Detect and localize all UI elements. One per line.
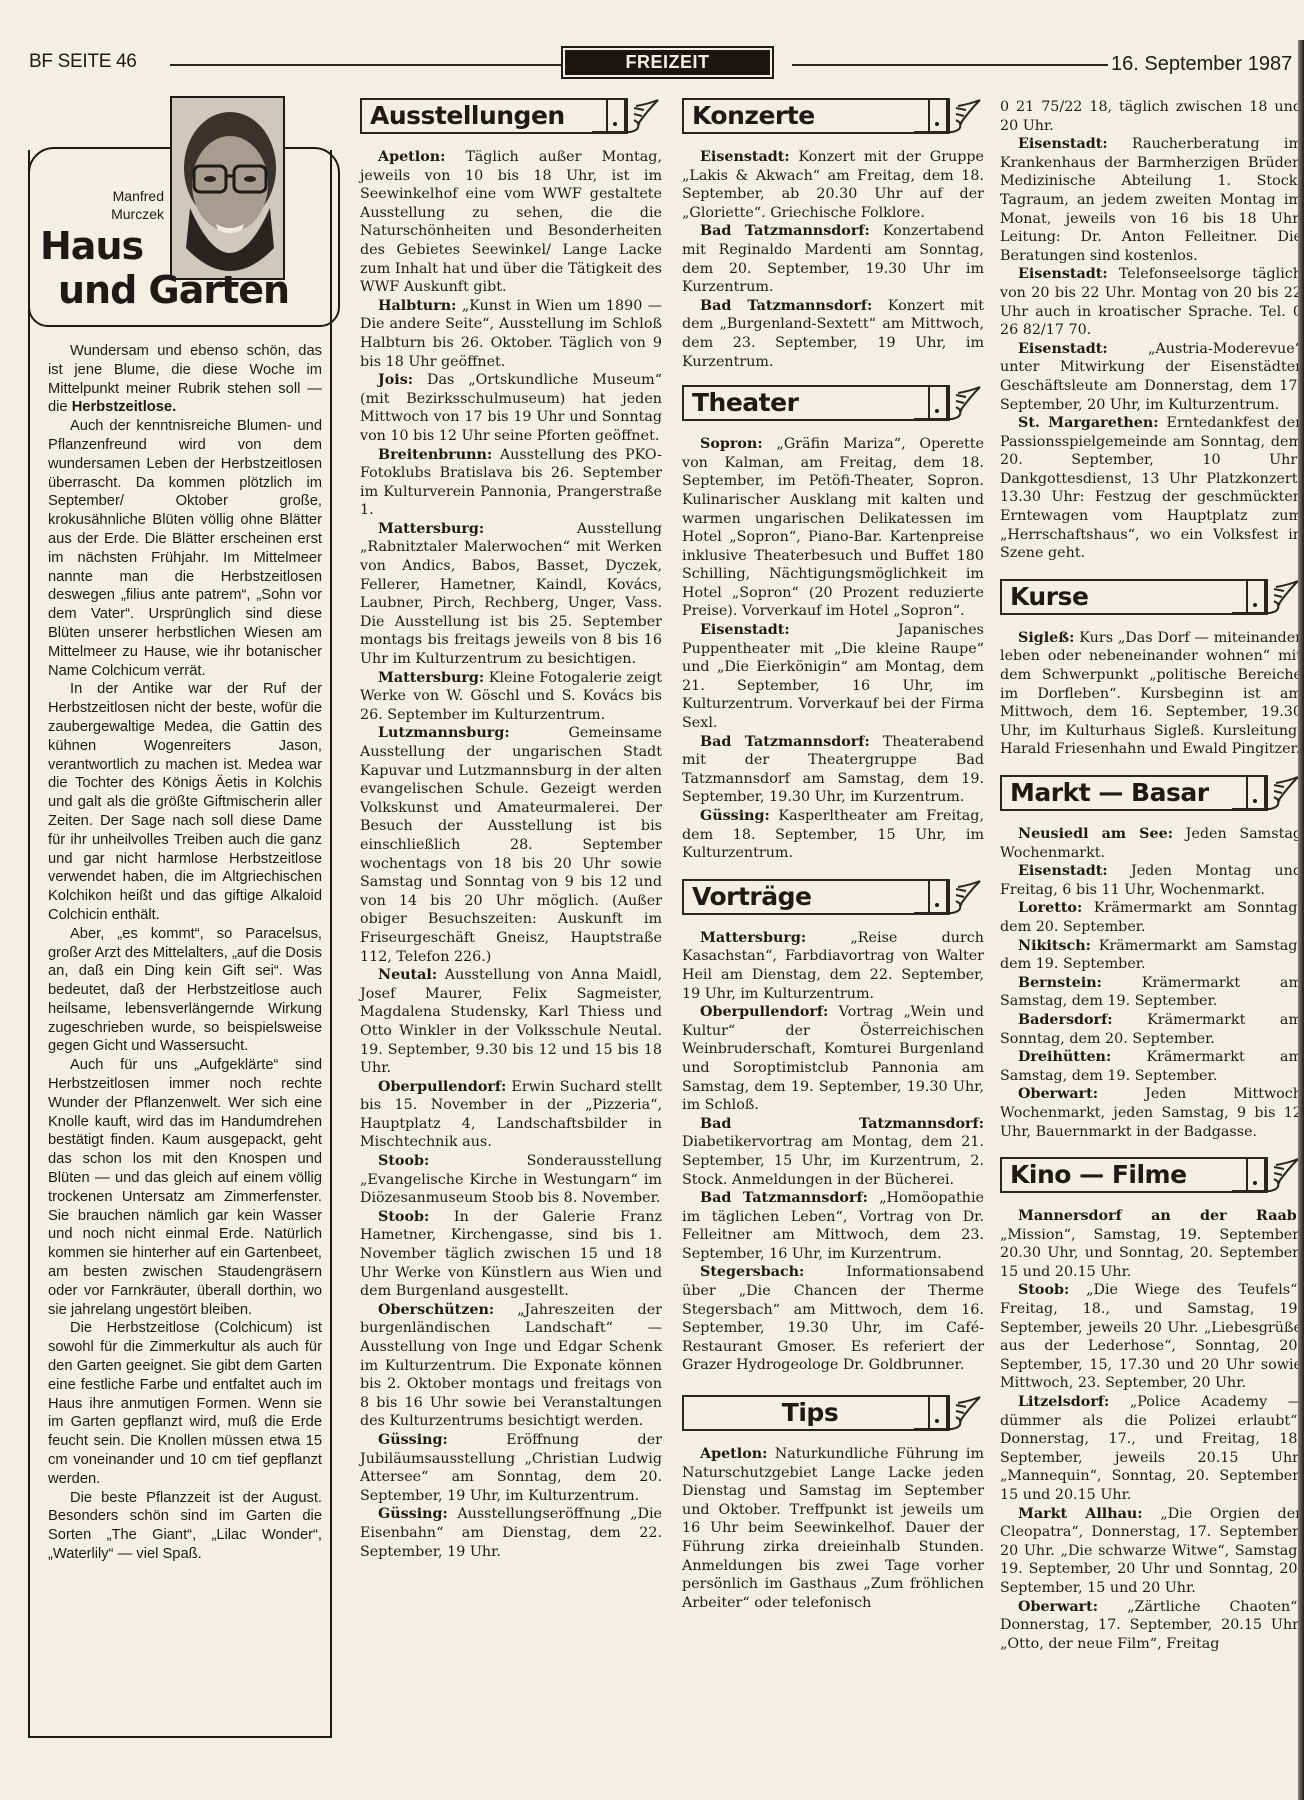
pointing-hand-icon (1230, 1155, 1300, 1197)
event-entry: Badersdorf: Krämermarkt am Sonntag, dem … (1000, 1011, 1302, 1048)
event-description: Raucherberatung im Krankenhaus der Barmh… (1000, 136, 1302, 264)
event-description: Gemeinsame Ausstellung der ungarischen S… (360, 725, 662, 964)
event-location: Bad Tatzmannsdorf: (700, 734, 870, 750)
event-location: Jois: (378, 372, 413, 388)
event-location: Oberschützen: (378, 1302, 494, 1318)
author-photo (170, 96, 285, 280)
event-entry: Eisenstadt: Telefonseelsorge täglich von… (1000, 265, 1302, 339)
event-location: Stoob: (378, 1153, 429, 1169)
column-events: Konzerte Eisenstadt: Konzert mit der Gru… (682, 98, 984, 1612)
pointing-hand-icon (1230, 577, 1300, 619)
event-location: Eisenstadt: (1018, 136, 1108, 152)
event-location: Markt Allhau: (1018, 1506, 1143, 1522)
column-ausstellungen: Ausstellungen Apetlon: Täglich außer Mon… (360, 98, 662, 1561)
feature-title-line2: und Garten (58, 271, 289, 309)
pointing-hand-icon (912, 383, 982, 425)
event-location: Eisenstadt: (700, 149, 790, 165)
event-entry: Oberschützen: „Jahreszeiten der burgenlä… (360, 1301, 662, 1431)
event-entry: Oberpullendorf: Vortrag „Wein und Kultur… (682, 1003, 984, 1115)
event-location: Sigleß: (1018, 630, 1074, 646)
event-location: Oberpullendorf: (378, 1079, 506, 1095)
pointing-hand-icon (912, 96, 982, 138)
event-location: Bernstein: (1018, 975, 1102, 991)
page-label: BF SEITE 46 (29, 51, 137, 73)
event-entry: Bad Tatzmannsdorf: Konzert mit dem „Burg… (682, 297, 984, 371)
event-entry: Güssing: Kasperltheater am Freitag, dem … (682, 807, 984, 863)
event-entry: Eisenstadt: Japanisches Puppentheater mi… (682, 621, 984, 733)
event-description: 0 21 75/22 18, täglich zwischen 18 und 2… (1000, 99, 1302, 134)
event-entry: Mannersdorf an der Raab: „Mission“, Sams… (1000, 1207, 1302, 1281)
event-location: Güssing: (700, 808, 770, 824)
event-description: Täglich außer Montag, jeweils von 10 bis… (360, 149, 662, 295)
event-location: Neusiedl am See: (1018, 826, 1173, 842)
feature-paragraph: Auch für uns „Aufgeklärte“ sind Herbstze… (48, 1056, 322, 1319)
event-location: Dreihütten: (1018, 1049, 1111, 1065)
feature-paragraph: Auch der kenntnisreiche Blumen- und Pfla… (48, 417, 322, 680)
entry-list: Mannersdorf an der Raab: „Mission“, Sams… (1000, 1207, 1302, 1653)
event-entry: Loretto: Krämermarkt am Sonntag, dem 20.… (1000, 899, 1302, 936)
event-entry: Sopron: „Gräfin Mariza“, Operette von Ka… (682, 435, 984, 621)
event-entry: Bad Tatzmannsdorf: Konzertabend mit Regi… (682, 222, 984, 296)
pointing-hand-icon (590, 96, 660, 138)
event-entry: Apetlon: Naturkundliche Führung im Natur… (682, 1445, 984, 1612)
event-entry: Neusiedl am See: Jeden Samstag Wochenmar… (1000, 825, 1302, 862)
event-entry: Jois: Das „Ortskundliche Museum“ (mit Be… (360, 371, 662, 445)
page-header: BF SEITE 46 FREIZEIT 16. September 1987 (0, 0, 1304, 80)
rubric-title: Ausstellungen (362, 100, 606, 132)
event-description: Ausstellung „Rabnitztaler Malerwochen“ m… (360, 521, 662, 667)
rubric-title: Vorträge (684, 881, 928, 913)
feature-title-line1: Haus (40, 227, 143, 265)
rubric-kino-filme: Kino — Filme (1000, 1157, 1302, 1197)
event-entry: Eisenstadt: Raucherberatung im Krankenha… (1000, 135, 1302, 265)
entry-list: Mattersburg: „Reise durch Kasachstan“, F… (682, 929, 984, 1375)
rubric-vortraege: Vorträge (682, 879, 984, 919)
event-location: Badersdorf: (1018, 1012, 1113, 1028)
feature-paragraph: In der Antike war der Ruf der Herbstzeit… (48, 680, 322, 924)
rubric-title: Theater (684, 387, 928, 419)
event-entry: Stoob: In der Galerie Franz Hametner, Ki… (360, 1208, 662, 1301)
event-entry: Oberwart: „Zärtliche Chaoten“, Donnersta… (1000, 1598, 1302, 1654)
event-description: „Police Academy — dümmer als die Polizei… (1000, 1394, 1302, 1503)
event-entry: Neutal: Ausstellung von Anna Maidl, Jose… (360, 966, 662, 1078)
event-location: Stoob: (378, 1209, 429, 1225)
event-entry: Breitenbrunn: Ausstellung des PKO-Fotokl… (360, 446, 662, 520)
event-entry: Mattersburg: Kleine Fotogalerie zeigt We… (360, 669, 662, 725)
rubric-kurse: Kurse (1000, 579, 1302, 619)
event-location: Eisenstadt: (1018, 266, 1108, 282)
event-location: Eisenstadt: (700, 622, 790, 638)
rubric-markt-basar: Markt — Basar (1000, 775, 1302, 815)
pointing-hand-icon (912, 1393, 982, 1435)
event-description: Japanisches Puppentheater mit „Die klein… (682, 622, 984, 731)
event-description: „Mission“, Samstag, 19. September, 20.30… (1000, 1227, 1302, 1280)
event-description: Erntedankfest der Passionsspielgemeinde … (1000, 415, 1302, 561)
event-location: Apetlon: (700, 1446, 767, 1462)
event-location: Litzelsdorf: (1018, 1394, 1109, 1410)
author-name: Manfred Murczek (60, 187, 164, 223)
event-entry: Nikitsch: Krämermarkt am Samstag, dem 19… (1000, 937, 1302, 974)
event-description: Ausstellung von Anna Maidl, Josef Maurer… (360, 967, 662, 1076)
entry-list: Sigleß: Kurs „Das Dorf — miteinander leb… (1000, 629, 1302, 759)
event-location: Halbturn: (378, 298, 456, 314)
feature-article-body: Wundersam und ebenso schön, das ist jene… (48, 342, 322, 1564)
rubric-title: Kurse (1002, 581, 1246, 613)
event-location: Oberpullendorf: (700, 1004, 828, 1020)
event-location: Güssing: (378, 1506, 448, 1522)
entry-list: Apetlon: Täglich außer Montag, jeweils v… (360, 148, 662, 1561)
event-location: Mattersburg: (378, 670, 484, 686)
event-entry: Markt Allhau: „Die Orgien der Cleopatra“… (1000, 1505, 1302, 1598)
issue-date: 16. September 1987 (1111, 53, 1292, 76)
event-entry: Stegersbach: Informationsabend über „Die… (682, 1263, 984, 1375)
pointing-hand-icon (912, 877, 982, 919)
event-location: Oberwart: (1018, 1599, 1098, 1615)
event-description: Vortrag „Wein und Kultur“ der Österreich… (682, 1004, 984, 1113)
event-entry: Oberwart: Jeden Mittwoch Wochenmarkt, je… (1000, 1085, 1302, 1141)
event-entry: Güssing: Eröffnung der Jubiläumsausstell… (360, 1431, 662, 1505)
event-entry: Eisenstadt: Konzert mit der Gruppe „Laki… (682, 148, 984, 222)
event-entry: Sigleß: Kurs „Das Dorf — miteinander leb… (1000, 629, 1302, 759)
event-location: Eisenstadt: (1018, 341, 1108, 357)
feature-paragraph: Die beste Pflanzzeit ist der August. Bes… (48, 1489, 322, 1564)
event-entry: Lutzmannsburg: Gemeinsame Ausstellung de… (360, 724, 662, 966)
event-entry: 0 21 75/22 18, täglich zwischen 18 und 2… (1000, 98, 1302, 135)
rubric-title: Kino — Filme (1002, 1159, 1246, 1191)
entry-list: Neusiedl am See: Jeden Samstag Wochenmar… (1000, 825, 1302, 1141)
event-entry: Bad Tatzmannsdorf: Diabetikervortrag am … (682, 1115, 984, 1189)
page-crop-edge (1298, 40, 1304, 1800)
rubric-ausstellungen: Ausstellungen (360, 98, 662, 138)
event-entry: Bad Tatzmannsdorf: Theaterabend mit der … (682, 733, 984, 807)
event-location: Lutzmannsburg: (378, 725, 510, 741)
event-location: Bad Tatzmannsdorf: (700, 223, 870, 239)
entry-list: Eisenstadt: Konzert mit der Gruppe „Laki… (682, 148, 984, 371)
event-description: Informationsabend über „Die Chancen der … (682, 1264, 984, 1373)
section-title: FREIZEIT (565, 50, 770, 75)
feature-paragraph: Aber, „es kommt“, so Paracelsus, großer … (48, 925, 322, 1057)
event-location: Bad Tatzmannsdorf: (700, 1116, 984, 1132)
entry-list: Sopron: „Gräfin Mariza“, Operette von Ka… (682, 435, 984, 863)
author-portrait-icon (172, 98, 285, 280)
event-entry: Mattersburg: „Reise durch Kasachstan“, F… (682, 929, 984, 1003)
event-location: Mattersburg: (378, 521, 484, 537)
event-location: Nikitsch: (1018, 938, 1091, 954)
feature-paragraph: Wundersam und ebenso schön, das ist jene… (48, 342, 322, 417)
event-location: Neutal: (378, 967, 437, 983)
event-description: Naturkundliche Führung im Naturschutzgeb… (682, 1446, 984, 1611)
event-entry: Güssing: Ausstellungseröffnung „Die Eise… (360, 1505, 662, 1561)
event-entry: Stoob: Sonderausstellung „Evangelische K… (360, 1152, 662, 1208)
event-entry: Bad Tatzmannsdorf: „Homöopathie im tägli… (682, 1189, 984, 1263)
rubric-tips: Tips (682, 1395, 984, 1435)
rubric-title: Markt — Basar (1002, 777, 1246, 809)
event-description: Diabetikervortrag am Montag, dem 21. Sep… (682, 1134, 984, 1187)
rubric-title: Tips (684, 1397, 928, 1429)
event-location: Güssing: (378, 1432, 448, 1448)
entry-list: Apetlon: Naturkundliche Führung im Natur… (682, 1445, 984, 1612)
event-entry: Bernstein: Krämermarkt am Samstag, dem 1… (1000, 974, 1302, 1011)
event-location: St. Margarethen: (1018, 415, 1159, 431)
event-description: „Die Wiege des Teufels“, Freitag, 18., u… (1000, 1282, 1302, 1391)
rubric-theater: Theater (682, 385, 984, 425)
column-more-events: 0 21 75/22 18, täglich zwischen 18 und 2… (1000, 98, 1302, 1653)
event-entry: Eisenstadt: Jeden Montag und Freitag, 6 … (1000, 862, 1302, 899)
event-entry: Mattersburg: Ausstellung „Rabnitztaler M… (360, 520, 662, 669)
rubric-konzerte: Konzerte (682, 98, 984, 138)
event-location: Mattersburg: (700, 930, 806, 946)
event-location: Bad Tatzmannsdorf: (700, 298, 872, 314)
pointing-hand-icon (1230, 773, 1300, 815)
event-location: Loretto: (1018, 900, 1082, 916)
rubric-title: Konzerte (684, 100, 928, 132)
event-location: Apetlon: (378, 149, 445, 165)
event-location: Bad Tatzmannsdorf: (700, 1190, 868, 1206)
event-location: Breitenbrunn: (378, 447, 492, 463)
event-description: Kurs „Das Dorf — miteinander leben oder … (1000, 630, 1302, 758)
event-entry: Halbturn: „Kunst in Wien um 1890 — Die a… (360, 297, 662, 371)
event-location: Stoob: (1018, 1282, 1069, 1298)
event-description: „Jahreszeiten der burgenländischen Lands… (360, 1302, 662, 1430)
event-location: Eisenstadt: (1018, 863, 1108, 879)
event-description: „Gräfin Mariza“, Operette von Kalman, am… (682, 436, 984, 619)
feature-paragraph: Die Herbstzeitlose (Colchicum) ist sowoh… (48, 1319, 322, 1488)
event-location: Mannersdorf an der Raab: (1018, 1208, 1302, 1224)
event-entry: Dreihütten: Krämermarkt am Samstag, dem … (1000, 1048, 1302, 1085)
event-entry: Eisenstadt: „Austria-Moderevue“ unter Mi… (1000, 340, 1302, 414)
event-entry: Apetlon: Täglich außer Montag, jeweils v… (360, 148, 662, 297)
header-rule-left (170, 64, 562, 66)
event-entry: Litzelsdorf: „Police Academy — dümmer al… (1000, 1393, 1302, 1505)
entry-list: 0 21 75/22 18, täglich zwischen 18 und 2… (1000, 98, 1302, 563)
section-badge: FREIZEIT (561, 46, 774, 79)
event-location: Stegersbach: (700, 1264, 804, 1280)
event-location: Sopron: (700, 436, 763, 452)
header-rule-right (792, 64, 1108, 66)
event-location: Oberwart: (1018, 1086, 1098, 1102)
event-entry: St. Margarethen: Erntedankfest der Passi… (1000, 414, 1302, 563)
event-entry: Stoob: „Die Wiege des Teufels“, Freitag,… (1000, 1281, 1302, 1393)
event-entry: Oberpullendorf: Erwin Suchard stellt bis… (360, 1078, 662, 1152)
